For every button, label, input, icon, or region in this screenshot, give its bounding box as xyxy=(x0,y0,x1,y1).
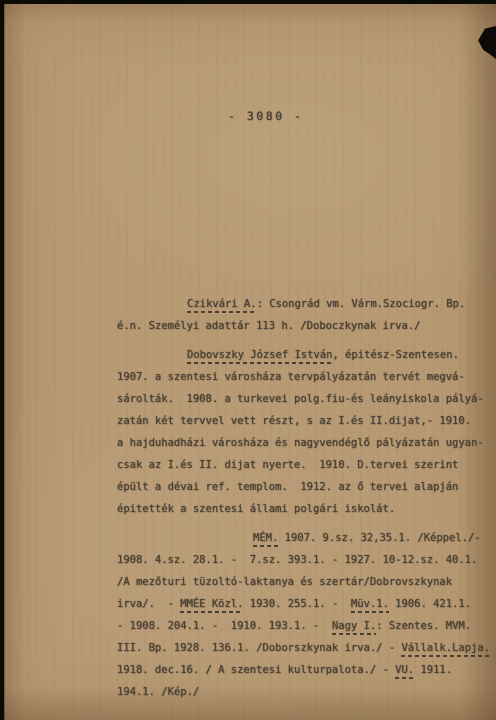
scan-top-border xyxy=(0,0,496,4)
text-segment: , épitész-Szentesen. xyxy=(332,349,458,361)
text-segment: a hajduhadházi városháza és nagyvendéglő… xyxy=(117,437,484,449)
text-line: 194.1. /Kép./ xyxy=(117,681,483,703)
text-segment: irva/. - xyxy=(117,598,180,610)
text-segment: : Csongrád vm. Várm.Szociogr. Bp. xyxy=(257,298,466,310)
underlined-term: Nagy I. xyxy=(332,620,376,635)
text-line: 1918. dec.16. / A szentesi kulturpalota.… xyxy=(117,659,483,681)
text-line: zatán két tervvel vett részt, s az I.és … xyxy=(117,410,483,432)
text-line: MÉM. 1907. 9.sz. 32,35.1. /Képpel./- xyxy=(117,527,483,549)
text-segment: zatán két tervvel vett részt, s az I.és … xyxy=(117,415,471,427)
text-line: é.n. Személyi adattár 113 h. /Doboczkyna… xyxy=(117,315,483,337)
text-line: Czikvári A.: Csongrád vm. Várm.Szociogr.… xyxy=(117,293,483,315)
text-line: csak az I.és II. dijat nyerte. 1910. D.t… xyxy=(117,454,483,476)
underlined-term: VU. xyxy=(395,664,414,679)
text-segment: 194.1. /Kép./ xyxy=(117,686,199,698)
underlined-term: MMÉE Közl. xyxy=(180,598,243,613)
text-line: 1907. a szentesi városháza tervpályázatá… xyxy=(117,366,483,388)
text-line: Dobovszky József István, épitész-Szentes… xyxy=(117,344,483,366)
text-segment: épült a dévai ref. templom. 1912. az ő t… xyxy=(117,481,458,493)
underlined-term: Czikvári A. xyxy=(187,298,257,313)
text-segment: csak az I.és II. dijat nyerte. 1910. D.t… xyxy=(117,459,458,471)
underlined-term: Vállalk.Lapja. xyxy=(401,642,490,657)
text-segment: é.n. Személyi adattár 113 h. /Doboczkyna… xyxy=(117,320,420,332)
text-segment: III. Bp. 1928. 136.1. /Doborszkynak irva… xyxy=(117,642,401,654)
typewritten-text-block: Czikvári A.: Csongrád vm. Várm.Szociogr.… xyxy=(117,293,483,703)
text-segment: sárolták. 1908. a turkevei polg.fiu-és l… xyxy=(117,393,484,405)
text-line: - 1908. 204.1. - 1910. 193.1. - Nagy I.:… xyxy=(117,615,483,637)
text-segment: /A mezőturi tüzoltó-laktanya és szertár/… xyxy=(117,576,452,588)
text-segment: 1907. 9.sz. 32,35.1. /Képpel./- xyxy=(278,532,480,544)
text-line: III. Bp. 1928. 136.1. /Doborszkynak irva… xyxy=(117,637,483,659)
text-segment: 1908. 4.sz. 28.1. - 7.sz. 393.1. - 1927.… xyxy=(117,554,477,566)
underlined-term: MÉM. xyxy=(253,532,278,547)
text-line: a hajduhadházi városháza és nagyvendéglő… xyxy=(117,432,483,454)
underlined-term: Müv.1. xyxy=(351,598,389,613)
text-segment: : Szentes. MVM. xyxy=(376,620,471,632)
text-segment: - 1908. 204.1. - 1910. 193.1. - xyxy=(117,620,332,632)
scan-left-border xyxy=(0,0,5,720)
text-segment: 1911. xyxy=(414,664,452,676)
text-line: irva/. - MMÉE Közl. 1930. 255.1. - Müv.1… xyxy=(117,593,483,615)
text-segment: 1906. 421.1. xyxy=(389,598,471,610)
underlined-term: Dobovszky József István xyxy=(187,349,332,364)
text-line: épitették a szentesi állami polgári isko… xyxy=(117,498,483,520)
text-segment: 1930. 255.1. - xyxy=(243,598,350,610)
text-line: sárolták. 1908. a turkevei polg.fiu-és l… xyxy=(117,388,483,410)
text-segment: épitették a szentesi állami polgári isko… xyxy=(117,503,395,515)
page-number: - 3080 - xyxy=(228,109,303,123)
text-line: épült a dévai ref. templom. 1912. az ő t… xyxy=(117,476,483,498)
text-line: 1908. 4.sz. 28.1. - 7.sz. 393.1. - 1927.… xyxy=(117,549,483,571)
text-segment: 1918. dec.16. / A szentesi kulturpalota.… xyxy=(117,664,395,676)
text-line: /A mezőturi tüzoltó-laktanya és szertár/… xyxy=(117,571,483,593)
text-segment: 1907. a szentesi városháza tervpályázatá… xyxy=(117,371,465,383)
